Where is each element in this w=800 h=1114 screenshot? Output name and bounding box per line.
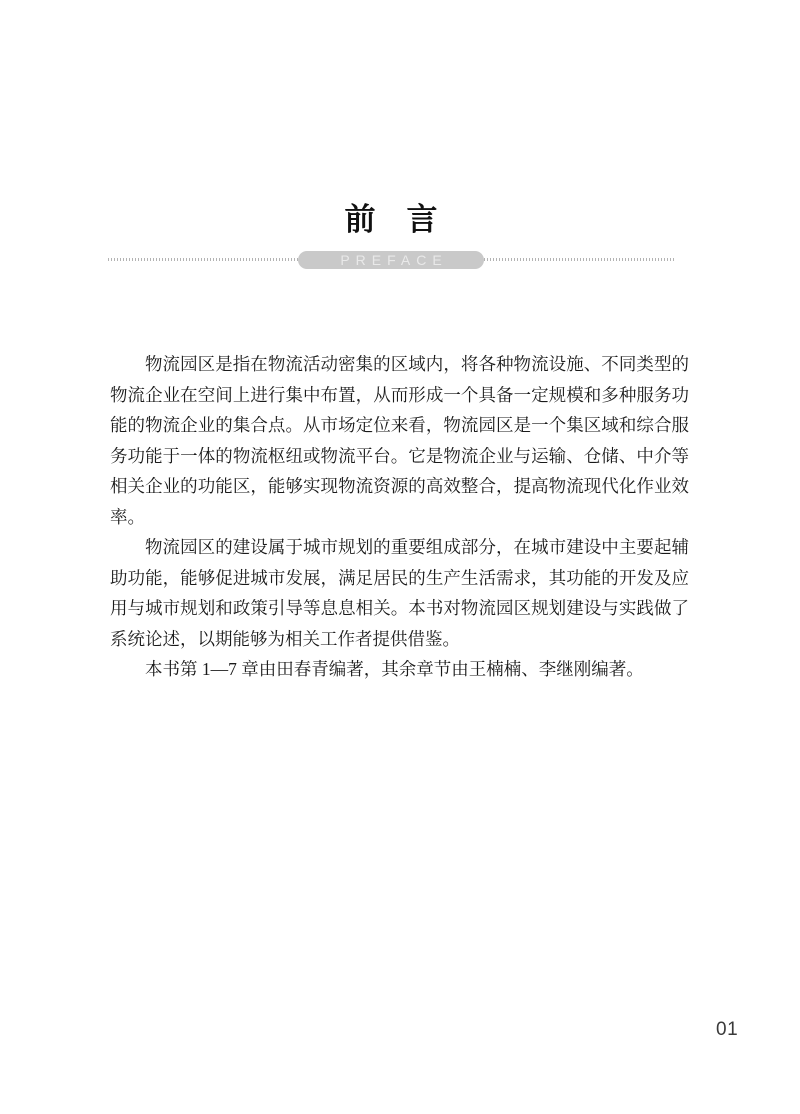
preface-label: PREFACE [334,253,447,267]
paragraph-2: 物流园区的建设属于城市规划的重要组成部分，在城市建设中主要起辅助功能，能够促进城… [110,532,689,654]
dotted-rule-right [484,258,674,261]
dotted-rule-left [108,258,298,261]
preface-pill: PREFACE [298,251,484,269]
paragraph-3: 本书第 1—7 章由田春青编著，其余章节由王楠楠、李继刚编著。 [110,654,689,685]
page-number: 01 [716,1019,738,1041]
preface-page: 前 言 PREFACE 物流园区是指在物流活动密集的区域内，将各种物流设施、不同… [0,0,800,1114]
paragraph-1: 物流园区是指在物流活动密集的区域内，将各种物流设施、不同类型的物流企业在空间上进… [110,349,689,532]
decorative-rule: PREFACE [108,250,674,269]
page-title: 前 言 [108,201,674,239]
preface-body: 物流园区是指在物流活动密集的区域内，将各种物流设施、不同类型的物流企业在空间上进… [110,349,689,685]
